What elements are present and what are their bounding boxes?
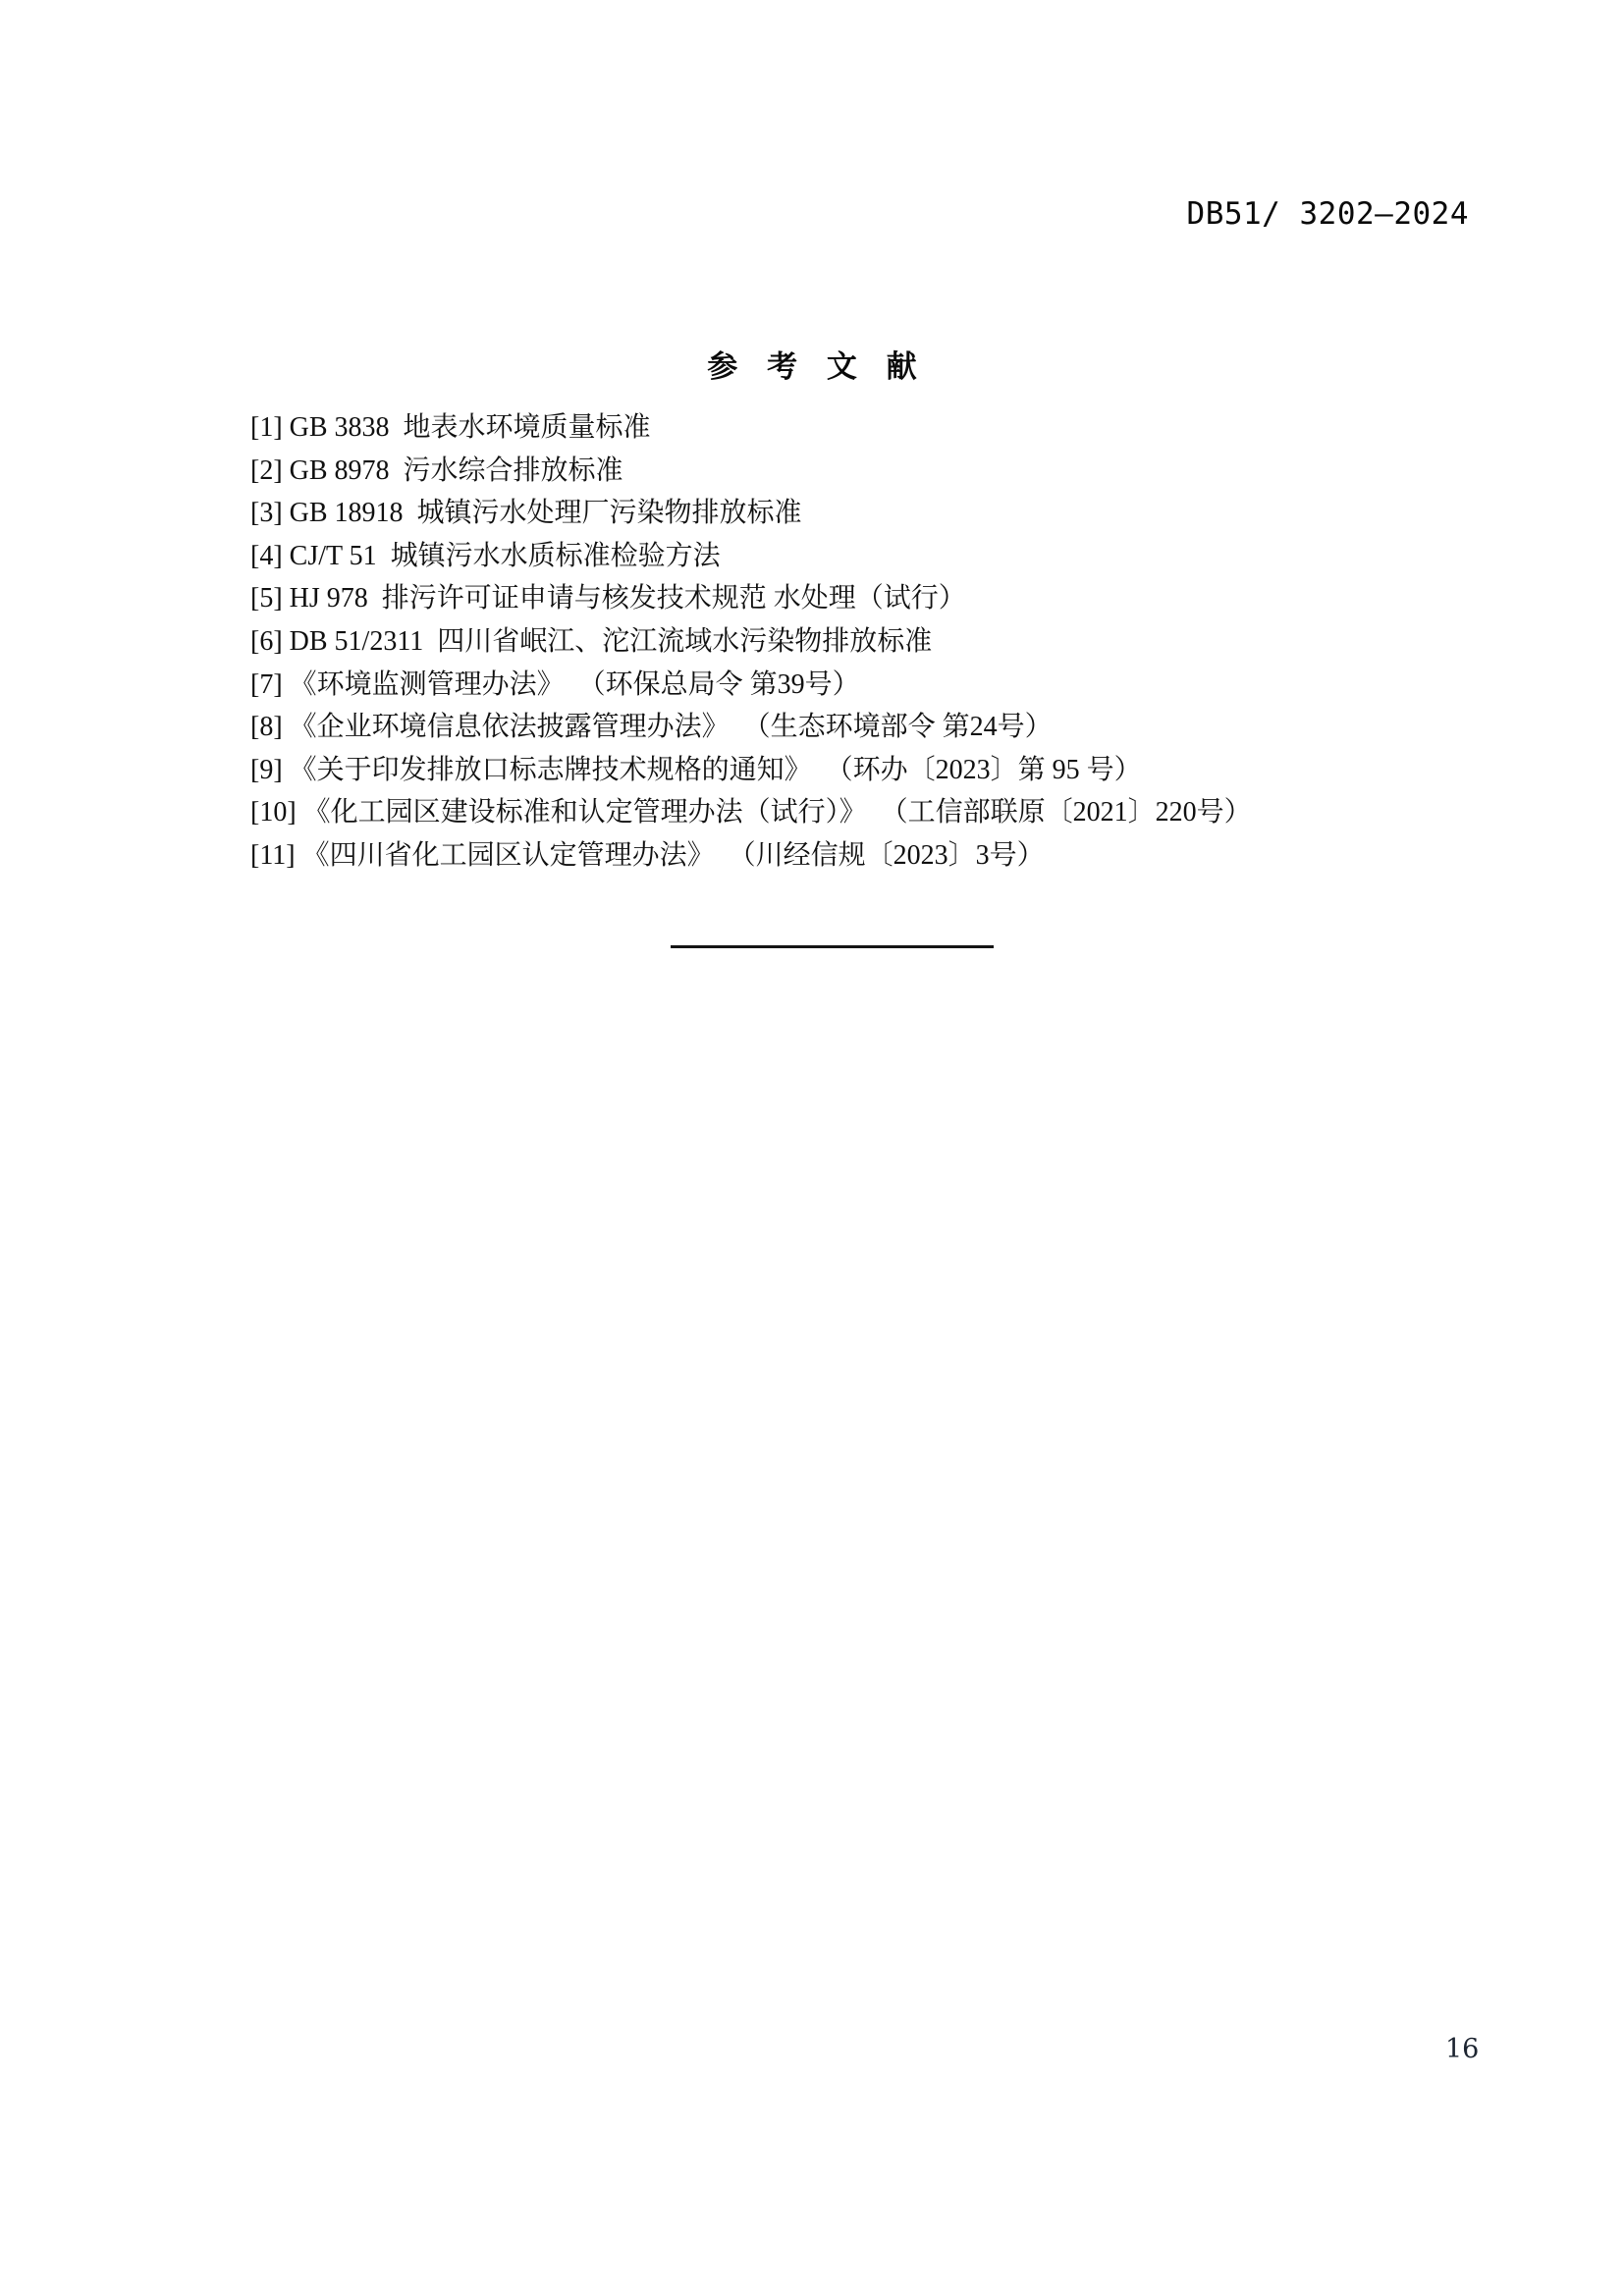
reference-item: [4] CJ/T 51 城镇污水水质标准检验方法 — [250, 535, 1419, 578]
reference-item: [7] 《环境监测管理办法》 （环保总局令 第39号） — [250, 664, 1419, 707]
standard-number-header: DB51/ 3202—2024 — [1187, 196, 1469, 232]
reference-item: [3] GB 18918 城镇污水处理厂污染物排放标准 — [250, 492, 1419, 535]
reference-item: [10] 《化工园区建设标准和认定管理办法（试行）》 （工信部联原〔2021〕2… — [250, 791, 1419, 834]
page-title: 参 考 文 献 — [0, 342, 1624, 386]
reference-item: [11] 《四川省化工园区认定管理办法》 （川经信规〔2023〕3号） — [250, 834, 1419, 878]
page-number: 16 — [1445, 2034, 1479, 2064]
document-page: DB51/ 3202—2024 参 考 文 献 [1] GB 3838 地表水环… — [0, 0, 1624, 2296]
reference-item: [8] 《企业环境信息依法披露管理办法》 （生态环境部令 第24号） — [250, 706, 1419, 749]
reference-list: [1] GB 3838 地表水环境质量标准 [2] GB 8978 污水综合排放… — [250, 406, 1419, 878]
section-divider — [671, 945, 994, 948]
reference-item: [2] GB 8978 污水综合排放标准 — [250, 450, 1419, 493]
reference-item: [1] GB 3838 地表水环境质量标准 — [250, 406, 1419, 450]
reference-item: [9] 《关于印发排放口标志牌技术规格的通知》 （环办〔2023〕第 95 号） — [250, 749, 1419, 792]
reference-item: [5] HJ 978 排污许可证申请与核发技术规范 水处理（试行） — [250, 577, 1419, 620]
reference-item: [6] DB 51/2311 四川省岷江、沱江流域水污染物排放标准 — [250, 620, 1419, 664]
